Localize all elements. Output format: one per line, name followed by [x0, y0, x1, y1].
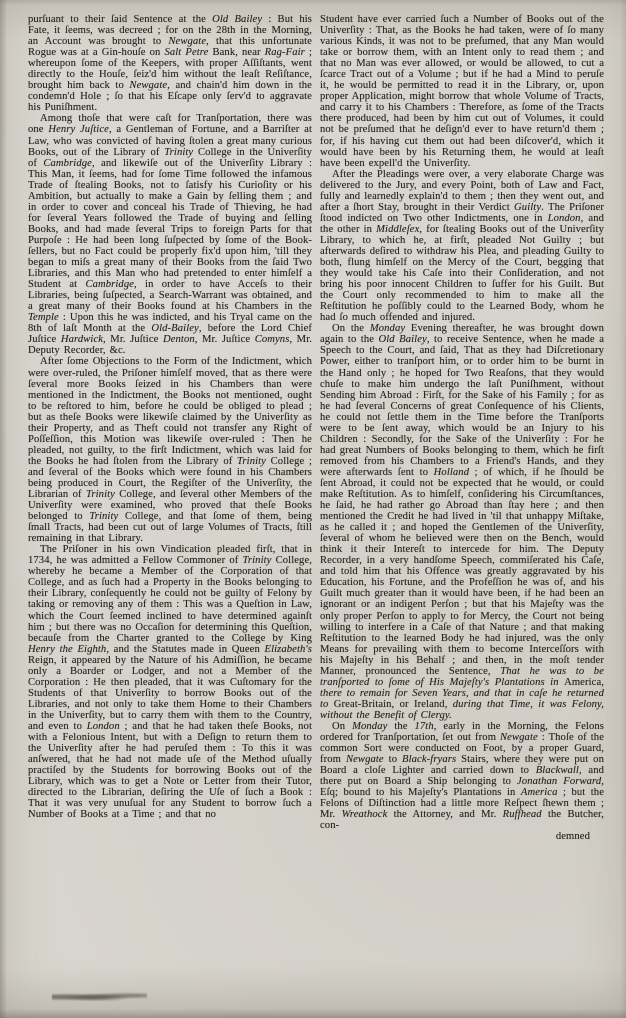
- text-segment: Henry the Eighth: [28, 644, 106, 655]
- text-segment: Newgate: [129, 80, 167, 91]
- text-segment: On the: [332, 323, 370, 334]
- text-segment: , Mr. Juſtice: [195, 334, 255, 345]
- text-segment: Student have ever carried ſuch a Number …: [320, 14, 604, 169]
- text-segment: purſuant to their ſaid Sentence at the: [28, 14, 212, 25]
- text-segment: Monday: [370, 323, 405, 334]
- paragraph: purſuant to their ſaid Sentence at the O…: [28, 14, 312, 113]
- text-segment: Great-Britain, or Ireland: [334, 699, 445, 710]
- paragraph: The Priſoner in his own Vindication plea…: [28, 544, 312, 820]
- text-segment: Old Bailey: [379, 334, 427, 345]
- text-segment: Trinity: [86, 489, 115, 500]
- text-segment: Hardwick: [61, 334, 103, 345]
- text-segment: On: [332, 721, 352, 732]
- text-segment: After ſome Objections to the Form of the…: [28, 356, 312, 466]
- text-segment: Holland: [434, 467, 469, 478]
- text-segment: , to receive Sentence, when he made a Sp…: [320, 334, 604, 478]
- scan-edge-shadow-top: [0, 0, 626, 5]
- text-segment: Old-Bailey: [151, 323, 198, 334]
- text-segment: , for ſtealing Books out of the Univerſi…: [320, 224, 604, 323]
- text-column-right: Student have ever carried ſuch a Number …: [320, 14, 604, 1010]
- text-segment: Wreathock: [342, 809, 388, 820]
- scan-edge-shadow-left: [0, 0, 7, 1018]
- text-segment: , Mr. Juſtice: [103, 334, 163, 345]
- paragraph: Among thoſe that were caſt for Tranſport…: [28, 113, 312, 356]
- text-segment: Bank, near: [208, 47, 264, 58]
- text-segment: 17th: [415, 721, 434, 732]
- text-segment: Rag-Fair: [265, 47, 305, 58]
- text-segment: Newgate: [346, 754, 384, 765]
- text-segment: Trinity: [237, 456, 266, 467]
- text-segment: , and likewiſe out of the Univerſity Lib…: [28, 158, 312, 291]
- text-segment: Newgate: [500, 732, 538, 743]
- text-segment: Henry Juſtice: [48, 124, 109, 135]
- text-column-left: purſuant to their ſaid Sentence at the O…: [28, 14, 312, 1010]
- text-segment: Cambridge: [43, 158, 92, 169]
- scanned-document-page: purſuant to their ſaid Sentence at the O…: [0, 0, 626, 1018]
- text-segment: , and the Statutes made in Queen: [106, 644, 264, 655]
- text-segment: the Attorney, and Mr.: [387, 809, 502, 820]
- text-segment: Temple: [28, 312, 59, 323]
- text-segment: Denton: [163, 334, 195, 345]
- text-segment: ; and that he had taken theſe Books, not…: [28, 721, 312, 820]
- text-segment: Black-fryars: [402, 754, 456, 765]
- text-segment: America: [521, 787, 558, 798]
- text-segment: Trinity: [164, 147, 193, 158]
- text-segment: Comyns: [255, 334, 290, 345]
- text-segment: Cambridge: [85, 279, 134, 290]
- text-segment: Ruffhead: [503, 809, 542, 820]
- text-segment: Elizabeth's: [265, 644, 313, 655]
- paragraph: On Monday the 17th, early in the Morning…: [320, 721, 604, 831]
- text-segment: to: [384, 754, 402, 765]
- text-segment: Blackwall: [536, 765, 579, 776]
- text-segment: College, whereby he became a Member of t…: [28, 555, 312, 643]
- paragraph: On the Monday Evening thereafter, he was…: [320, 323, 604, 721]
- paragraph: After ſome Objections to the Form of the…: [28, 356, 312, 544]
- scan-edge-shadow-bottom: [0, 1009, 626, 1018]
- text-segment: Newgate: [168, 36, 206, 47]
- text-segment: Trinity: [89, 511, 118, 522]
- paragraph: Student have ever carried ſuch a Number …: [320, 14, 604, 169]
- paragraph: demned: [320, 831, 604, 842]
- text-segment: Salt Petre: [164, 47, 208, 58]
- text-columns: purſuant to their ſaid Sentence at the O…: [28, 14, 604, 1010]
- text-segment: London: [548, 213, 581, 224]
- text-segment: Old Bailey: [212, 14, 262, 25]
- text-segment: demned: [556, 831, 590, 842]
- scan-edge-shadow-right: [620, 0, 626, 1018]
- text-segment: the: [387, 721, 414, 732]
- text-segment: America: [564, 677, 601, 688]
- text-segment: Middleſex: [376, 224, 419, 235]
- text-segment: London: [87, 721, 120, 732]
- paragraph: After the Pleadings were over, a very el…: [320, 169, 604, 324]
- column-gutter: [312, 14, 320, 1010]
- text-segment: Jonathan Forward: [517, 776, 601, 787]
- text-segment: Trinity: [243, 555, 272, 566]
- text-segment: ; of which, if he ſhould be ſent Abroad,…: [320, 467, 604, 677]
- text-segment: Monday: [352, 721, 387, 732]
- text-segment: Guilty: [514, 202, 541, 213]
